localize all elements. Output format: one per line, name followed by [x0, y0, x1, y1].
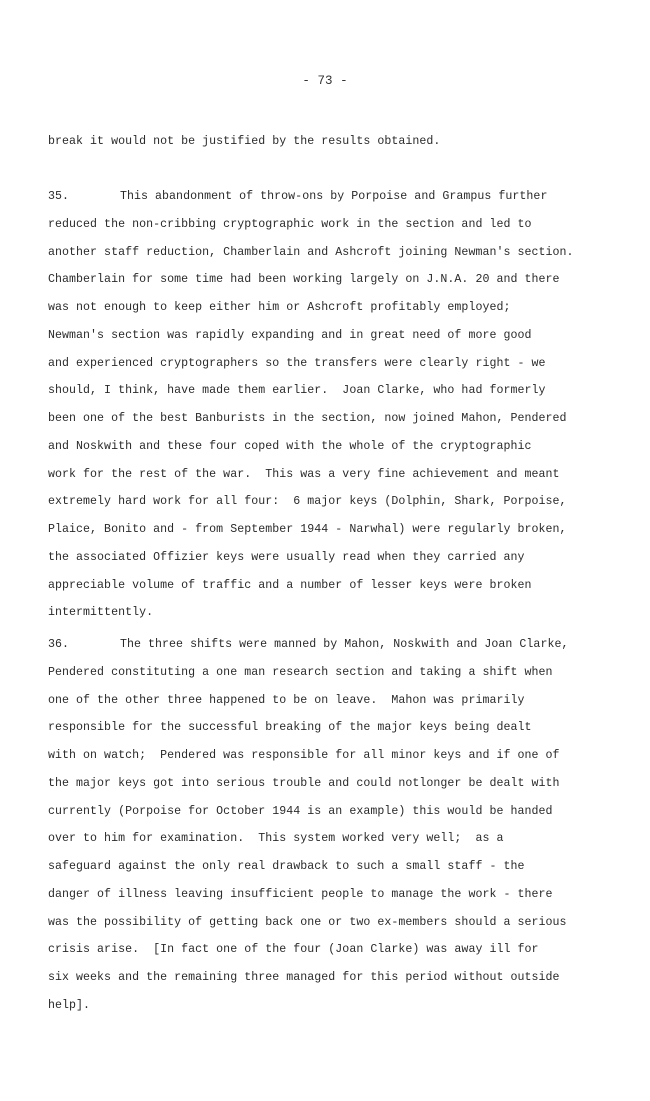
paragraph-line: the major keys got into serious trouble …	[48, 776, 560, 792]
paragraph-line: safeguard against the only real drawback…	[48, 859, 525, 875]
paragraph-line: been one of the best Banburists in the s…	[48, 411, 567, 427]
paragraph-line: Newman's section was rapidly expanding a…	[48, 328, 532, 344]
paragraph-line: work for the rest of the war. This was a…	[48, 467, 560, 483]
paragraph-line: appreciable volume of traffic and a numb…	[48, 578, 532, 594]
paragraph-line: currently (Porpoise for October 1944 is …	[48, 804, 553, 820]
paragraph-line: crisis arise. [In fact one of the four (…	[48, 942, 539, 958]
paragraph-text: The three shifts were manned by Mahon, N…	[120, 638, 568, 651]
paragraph-line: Chamberlain for some time had been worki…	[48, 272, 560, 288]
paragraph-line: help].	[48, 998, 90, 1014]
paragraph-line: extremely hard work for all four: 6 majo…	[48, 494, 567, 510]
paragraph-line: responsible for the successful breaking …	[48, 720, 532, 736]
paragraph-line: six weeks and the remaining three manage…	[48, 970, 560, 986]
page-number: - 73 -	[0, 74, 650, 88]
paragraph-number: 36.	[48, 637, 120, 653]
paragraph-line: the associated Offizier keys were usuall…	[48, 550, 525, 566]
paragraph-line: Pendered constituting a one man research…	[48, 665, 553, 681]
paragraph-line: over to him for examination. This system…	[48, 831, 503, 847]
paragraph-first-line: 36.The three shifts were manned by Mahon…	[48, 637, 568, 653]
paragraph-line: should, I think, have made them earlier.…	[48, 383, 546, 399]
paragraph-line: with on watch; Pendered was responsible …	[48, 748, 560, 764]
paragraph-line: Plaice, Bonito and - from September 1944…	[48, 522, 567, 538]
paragraph-number: 35.	[48, 189, 120, 205]
opening-line: break it would not be justified by the r…	[48, 134, 440, 150]
document-page: - 73 - break it would not be justified b…	[0, 0, 650, 1101]
paragraph-line: danger of illness leaving insufficient p…	[48, 887, 553, 903]
paragraph-line: was not enough to keep either him or Ash…	[48, 300, 511, 316]
paragraph-line: another staff reduction, Chamberlain and…	[48, 245, 574, 261]
paragraph-line: and experienced cryptographers so the tr…	[48, 356, 546, 372]
paragraph-line: one of the other three happened to be on…	[48, 693, 525, 709]
paragraph-line: and Noskwith and these four coped with t…	[48, 439, 532, 455]
paragraph-text: This abandonment of throw-ons by Porpois…	[120, 190, 547, 203]
paragraph-line: reduced the non-cribbing cryptographic w…	[48, 217, 532, 233]
paragraph-line: was the possibility of getting back one …	[48, 915, 567, 931]
paragraph-line: intermittently.	[48, 605, 153, 621]
paragraph-first-line: 35.This abandonment of throw-ons by Porp…	[48, 189, 547, 205]
